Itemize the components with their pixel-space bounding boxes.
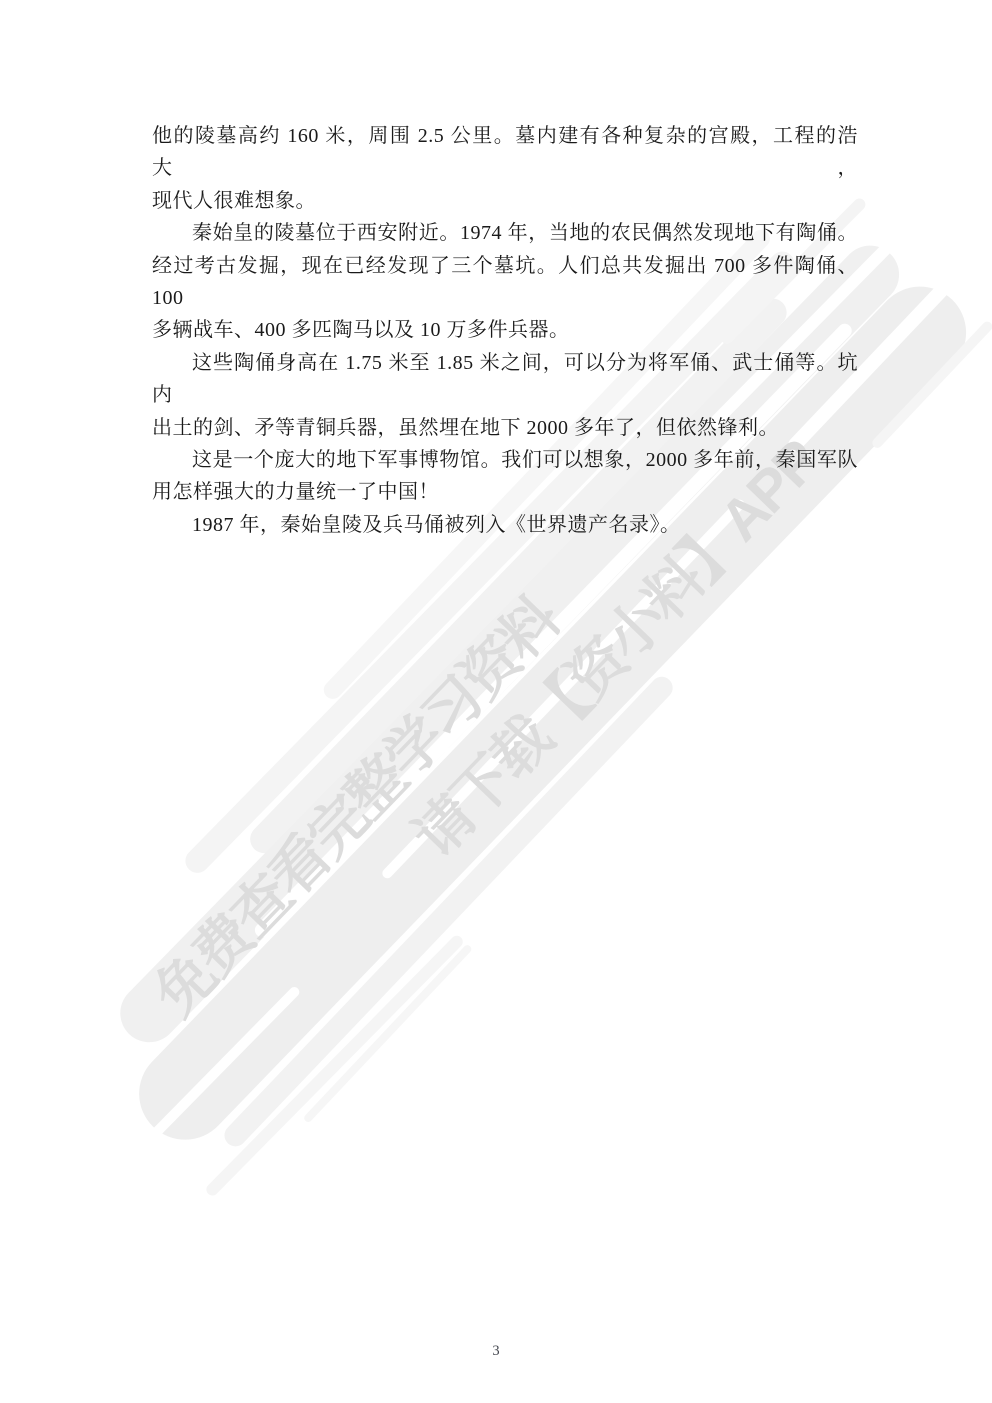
page-number: 3: [0, 1343, 992, 1360]
text-line: 经过考古发掘，现在已经发现了三个墓坑。人们总共发掘出 700 多件陶俑、100: [152, 250, 858, 315]
text-line: 1987 年，秦始皇陵及兵马俑被列入《世界遗产名录》。: [152, 509, 858, 541]
text-line: 多辆战车、400 多匹陶马以及 10 万多件兵器。: [152, 314, 858, 346]
text-line: 出土的剑、矛等青铜兵器，虽然埋在地下 2000 多年了，但依然锋利。: [152, 412, 858, 444]
text-line: 他的陵墓高约 160 米，周围 2.5 公里。墓内建有各种复杂的宫殿，工程的浩大…: [152, 120, 858, 185]
text-line: 用怎样强大的力量统一了中国！: [152, 476, 858, 508]
text-line: 秦始皇的陵墓位于西安附近。1974 年，当地的农民偶然发现地下有陶俑。: [152, 217, 858, 249]
text-line: 这些陶俑身高在 1.75 米至 1.85 米之间，可以分为将军俑、武士俑等。坑内: [152, 347, 858, 412]
body-text: 他的陵墓高约 160 米，周围 2.5 公里。墓内建有各种复杂的宫殿，工程的浩大…: [152, 120, 858, 541]
document-page: 免费查看完整学习资料 请下载【资小料】APP 他的陵墓高约 160 米，周围 2…: [0, 0, 992, 1403]
text-line: 这是一个庞大的地下军事博物馆。我们可以想象，2000 多年前，秦国军队: [152, 444, 858, 476]
text-line: 现代人很难想象。: [152, 185, 858, 217]
